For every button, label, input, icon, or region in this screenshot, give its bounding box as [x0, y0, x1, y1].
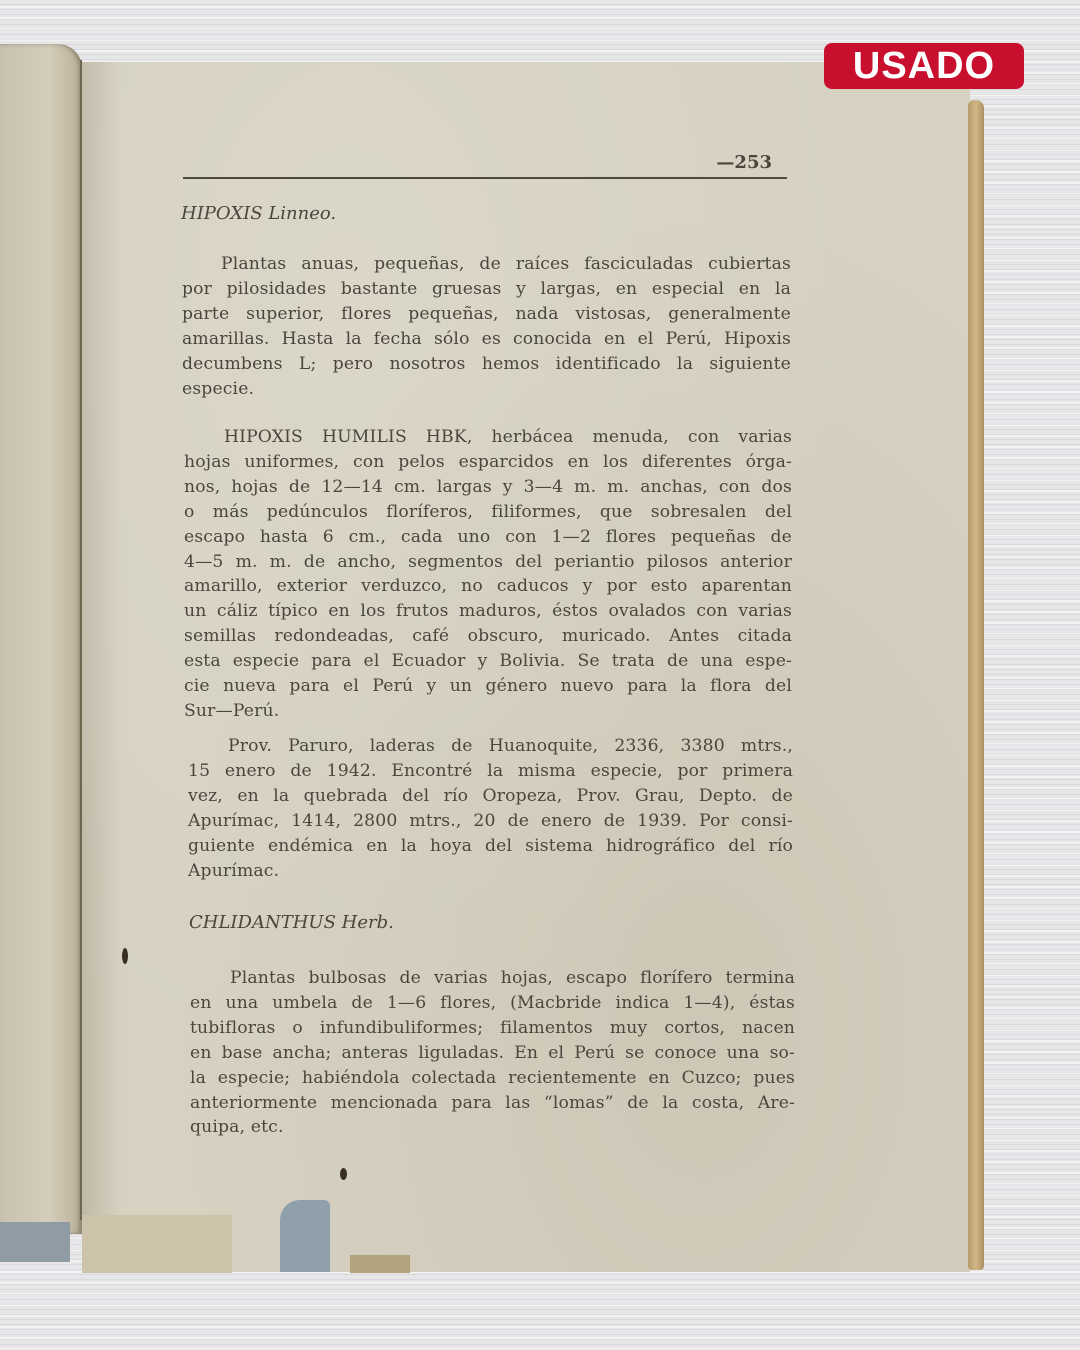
page-edge-stack: [968, 100, 984, 1270]
text-line: 4—5 m. m. de ancho, segmentos del perian…: [184, 550, 792, 575]
text-line: amarillas. Hasta la fecha sólo es conoci…: [182, 327, 791, 352]
text-line: guiente endémica en la hoya del sistema …: [188, 834, 793, 859]
text-line: escapo hasta 6 cm., cada uno con 1—2 flo…: [184, 525, 792, 550]
text-line: Apurímac, 1414, 2800 mtrs., 20 de enero …: [188, 809, 793, 834]
torn-paper-damage: [280, 1200, 330, 1272]
text-line: 15 enero de 1942. Encontré la misma espe…: [188, 759, 793, 784]
left-page-edge: [0, 44, 82, 1234]
paragraph-chlidanthus-description: Plantas bulbosas de varias hojas, escapo…: [190, 966, 795, 1140]
text-line: tubifloras o infundibuliformes; filament…: [190, 1016, 795, 1041]
ink-blot: [122, 948, 128, 964]
used-condition-badge: USADO: [824, 43, 1024, 89]
text-line: Plantas bulbosas de varias hojas, escapo…: [190, 966, 795, 991]
torn-paper-damage: [350, 1255, 410, 1273]
text-line: hojas uniformes, con pelos esparcidos en…: [184, 450, 792, 475]
text-line: la especie; habiéndola colectada recient…: [190, 1066, 795, 1091]
text-line: en base ancha; anteras liguladas. En el …: [190, 1041, 795, 1066]
text-line: nos, hojas de 12—14 cm. largas y 3—4 m. …: [184, 475, 792, 500]
text-line: anteriormente mencionada para las “lomas…: [190, 1091, 795, 1116]
text-line: vez, en la quebrada del río Oropeza, Pro…: [188, 784, 793, 809]
text-line: especie.: [182, 377, 791, 402]
text-line: Sur—Perú.: [184, 699, 792, 724]
torn-paper-damage: [0, 1222, 70, 1262]
ink-blot: [340, 1168, 347, 1180]
text-line: quipa, etc.: [190, 1115, 795, 1140]
text-line: decumbens L; pero nosotros hemos identif…: [182, 352, 791, 377]
header-rule: [183, 177, 787, 179]
text-line: un cáliz típico en los frutos maduros, é…: [184, 599, 792, 624]
section-heading-chlidanthus: CHLIDANTHUS Herb.: [189, 912, 394, 933]
text-line: Prov. Paruro, laderas de Huanoquite, 233…: [188, 734, 793, 759]
text-line: en una umbela de 1—6 flores, (Macbride i…: [190, 991, 795, 1016]
paragraph-hipoxis-description: Plantas anuas, pequeñas, de raíces fasci…: [182, 252, 791, 401]
text-line: amarillo, exterior verduzco, no caducos …: [184, 574, 792, 599]
page-number: —253: [712, 152, 772, 173]
paragraph-locality-records: Prov. Paruro, laderas de Huanoquite, 233…: [188, 734, 793, 883]
torn-paper-damage: [82, 1215, 232, 1273]
text-line: cie nueva para el Perú y un género nuevo…: [184, 674, 792, 699]
text-line: por pilosidades bastante gruesas y larga…: [182, 277, 791, 302]
text-line: Plantas anuas, pequeñas, de raíces fasci…: [182, 252, 791, 277]
text-line: HIPOXIS HUMILIS HBK, herbácea menuda, co…: [184, 425, 792, 450]
text-line: parte superior, flores pequeñas, nada vi…: [182, 302, 791, 327]
text-line: Apurímac.: [188, 859, 793, 884]
paragraph-hipoxis-humilis: HIPOXIS HUMILIS HBK, herbácea menuda, co…: [184, 425, 792, 724]
text-line: esta especie para el Ecuador y Bolivia. …: [184, 649, 792, 674]
text-line: o más pedúnculos floríferos, filiformes,…: [184, 500, 792, 525]
section-heading-hipoxis: HIPOXIS Linneo.: [181, 203, 336, 224]
text-line: semillas redondeadas, café obscuro, muri…: [184, 624, 792, 649]
